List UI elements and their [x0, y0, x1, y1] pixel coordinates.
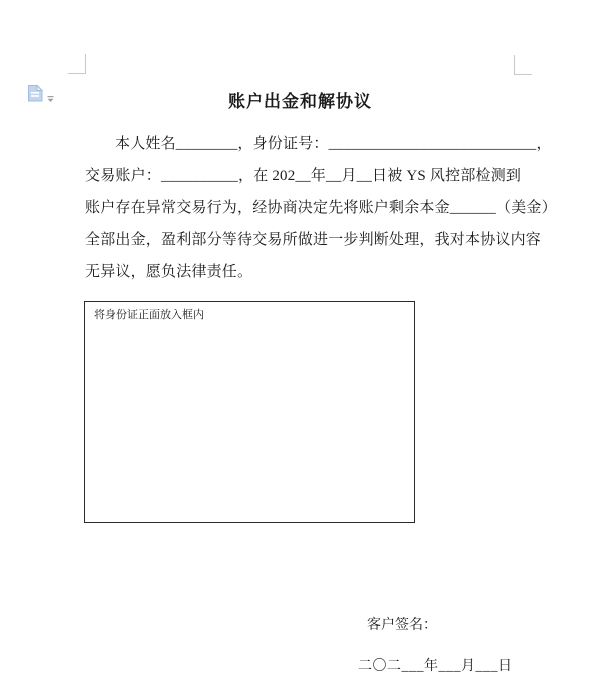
paragraph-line: 无异议，愿负法律责任。	[85, 256, 530, 288]
customer-signature-label: 客户签名：	[367, 617, 437, 635]
document-page: 账户出金和解协议 本人姓名________，身份证号：_____________…	[0, 0, 600, 700]
paragraph-line: 交易账户：__________，在 202__年__月__日被 YS 风控部检测…	[85, 160, 530, 192]
id-photo-placeholder-box[interactable]: 将身份证正面放入框内	[84, 301, 415, 523]
page-title: 账户出金和解协议	[0, 90, 600, 114]
id-photo-box-label: 将身份证正面放入框内	[85, 302, 414, 323]
text-boundary-mark-top-left	[68, 54, 86, 74]
date-fill-in-line: 二〇二___年___月___日	[358, 658, 513, 676]
text-boundary-mark-top-right	[514, 55, 532, 75]
agreement-paragraph: 本人姓名________，身份证号：______________________…	[85, 128, 530, 288]
paragraph-line: 本人姓名________，身份证号：______________________…	[85, 128, 530, 160]
paragraph-line: 账户存在异常交易行为，经协商决定先将账户剩余本金______（美金）	[85, 192, 530, 224]
paragraph-line: 全部出金，盈利部分等待交易所做进一步判断处理，我对本协议内容	[85, 224, 530, 256]
